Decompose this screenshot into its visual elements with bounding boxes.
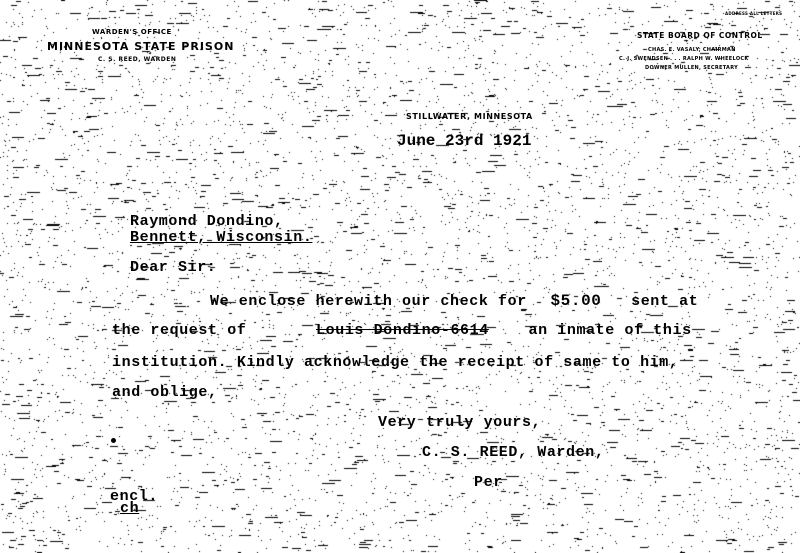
signature: C. S. REED, Warden, (422, 444, 604, 461)
date-line: June 23rd 1921 (397, 132, 531, 150)
body-line-1-pre: We enclose herewith our check for (210, 293, 527, 310)
body-line-2-post: an inmate of this (528, 322, 691, 339)
body-line-4: and oblige, (112, 384, 218, 401)
letterhead-warden: C. S. REED, WARDEN (98, 56, 176, 63)
body-line-2-pre: the request of (112, 322, 246, 339)
letterhead-top-note: ADDRESS ALL LETTERS (725, 11, 782, 16)
typist-initials: ch (120, 500, 139, 517)
valediction: Very truly yours, (378, 414, 541, 431)
letterhead-chairman: CHAS. E. VASALY, CHAIRMAN (648, 47, 736, 53)
body-line-2: the request of Louis Dondino-6614 an inm… (112, 322, 692, 339)
scan-noise (0, 0, 800, 553)
letterhead-members: C. J. SWENDSEN . . . RALPH W. WHEELOCK (619, 56, 749, 62)
inmate-name: Louis Dondino-6614 (316, 322, 489, 339)
recipient-name: Raymond Dondino, (130, 213, 284, 230)
scanned-letter: WARDEN'S OFFICE MINNESOTA STATE PRISON C… (0, 0, 800, 553)
letterhead-office: WARDEN'S OFFICE (92, 28, 172, 36)
ink-dot (111, 438, 116, 443)
recipient-address: Bennett, Wisconsin. (130, 229, 312, 246)
letterhead-secretary: DOWNER MULLEN, SECRETARY (645, 65, 738, 71)
letterhead-institution: MINNESOTA STATE PRISON (47, 40, 234, 53)
letterhead-board: STATE BOARD OF CONTROL (637, 31, 763, 40)
body-line-1-post: sent at (631, 293, 698, 310)
per-line: Per (474, 474, 503, 491)
place-line: STILLWATER, MINNESOTA (406, 112, 533, 121)
body-line-3: institution. Kindly acknowledge the rece… (112, 354, 679, 371)
body-line-1: We enclose herewith our check for $5.00 … (210, 292, 698, 310)
salutation: Dear Sir: (130, 259, 216, 276)
check-amount: $5.00 (550, 292, 601, 310)
